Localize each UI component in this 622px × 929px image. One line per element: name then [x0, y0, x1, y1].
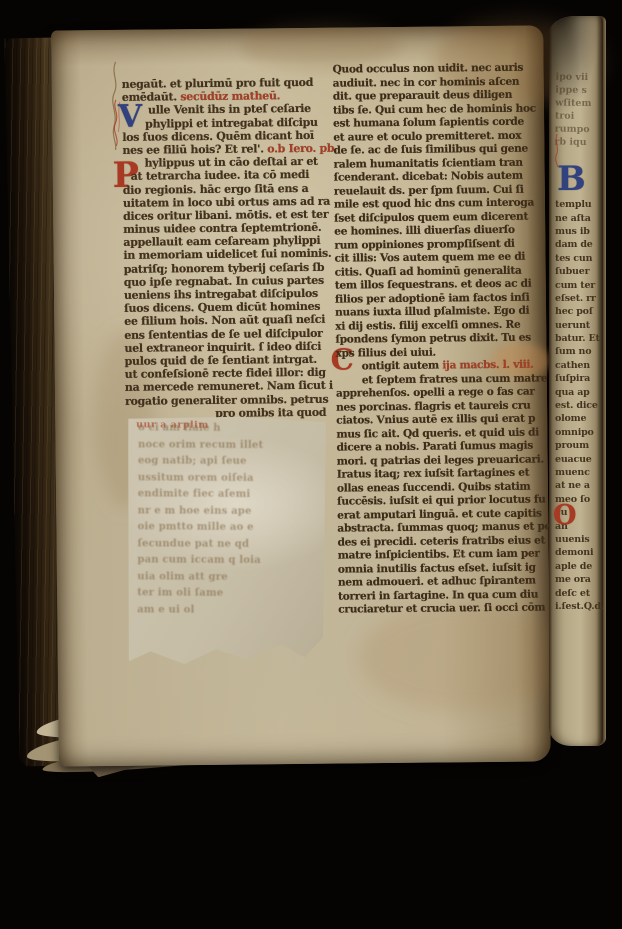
- text-line: ipo vii: [555, 70, 606, 84]
- text-line: i.ſest.Q.d.: [555, 600, 606, 613]
- main-page: V P C negaūt. et plurimū pro fuit quodem…: [51, 25, 551, 766]
- text-line: rb iqu: [554, 135, 606, 149]
- text-line: eog natib; api ſeue: [138, 453, 320, 470]
- text-column-left: negaūt. et plurimū pro fuit quodemēdaūt.…: [122, 76, 340, 426]
- page-top-shading: [51, 25, 543, 66]
- text-line: at ne a: [555, 479, 606, 492]
- text-line: mus ib: [555, 225, 606, 238]
- attached-fragment: uur a arplim o ci am fiale hnoce orim re…: [127, 416, 326, 667]
- text-line: ne aſta: [555, 212, 606, 225]
- text-line: pan cum iccam q loia: [137, 552, 319, 569]
- text-line: dam de: [555, 238, 606, 251]
- facing-text-column: templune aſtamus ibdam detes cunſubuercu…: [555, 158, 606, 613]
- text-line: ſecundue pat ne qd: [137, 536, 319, 553]
- text-line: am e ui ol: [137, 602, 319, 619]
- text-line: wſitem: [555, 96, 606, 110]
- text-line: hec poſ: [555, 305, 606, 318]
- text-line: me ora: [555, 573, 606, 586]
- text-line: omnipo: [555, 426, 606, 439]
- text-line: proum: [555, 439, 606, 452]
- text-line: ſum no: [555, 345, 606, 358]
- drop-cap-b: B: [557, 162, 586, 196]
- fragment-text: o ci am fiale hnoce orim recum illeteog …: [137, 420, 320, 663]
- text-line: tes cun: [555, 252, 606, 265]
- drop-cap-o: O: [553, 502, 577, 529]
- facing-page-edge: ipo viiippe swſitemtroirumporb iqu templ…: [549, 16, 606, 746]
- text-line: eſset. rr: [555, 292, 606, 305]
- text-line: ussitum orem oiſeia: [138, 470, 320, 487]
- text-line: endimite fiec aſemi: [138, 486, 320, 503]
- text-line: olome: [555, 412, 606, 425]
- text-line: audiuit. nec in cor hominis aſcen: [333, 75, 545, 91]
- text-line: troi: [555, 109, 606, 123]
- text-line: muenc: [555, 466, 606, 479]
- text-line: aple de: [555, 560, 606, 573]
- text-line: nr e m hoe eins ape: [138, 503, 320, 520]
- text-line: ſuſpira: [555, 372, 606, 385]
- text-line: negaūt. et plurimū pro fuit quod: [122, 76, 336, 91]
- text-line: oie pmtto mille ao e: [138, 519, 320, 536]
- text-line: ſpondens ſymon petrus dixit. Tu es: [335, 331, 547, 347]
- manuscript-photo: V P C negaūt. et plurimū pro fuit quodem…: [0, 0, 622, 929]
- text-line: deſc et: [555, 587, 606, 600]
- text-line: cum ter: [555, 279, 606, 292]
- text-line: euacue: [555, 453, 606, 466]
- text-line: cruciaretur et crucia uer. ſi occi cōm a…: [338, 601, 550, 617]
- text-line: o ci am fiale h: [138, 420, 320, 437]
- text-line: ter im oli ſame: [137, 585, 319, 602]
- text-line: demoni: [555, 546, 606, 559]
- text-line: uerunt: [555, 319, 606, 332]
- text-line: rumpo: [555, 122, 606, 136]
- text-line: ſubuer: [555, 265, 606, 278]
- text-line: uuenis: [555, 533, 606, 546]
- text-line: ippe s: [555, 83, 606, 97]
- text-line: noce orim recum illet: [138, 437, 320, 454]
- text-line: batur. Et: [555, 332, 606, 345]
- showthrough-text: ipo viiippe swſitemtroirumporb iqu: [554, 70, 606, 149]
- text-line: est. dice: [555, 399, 606, 412]
- text-line: cathen: [555, 359, 606, 372]
- text-line: qua ap: [555, 386, 606, 399]
- text-line: templu: [555, 198, 606, 211]
- text-line: uia olim att gre: [137, 569, 319, 586]
- text-column-right: Quod occulus non uidit. nec aurisaudiuit…: [333, 61, 551, 623]
